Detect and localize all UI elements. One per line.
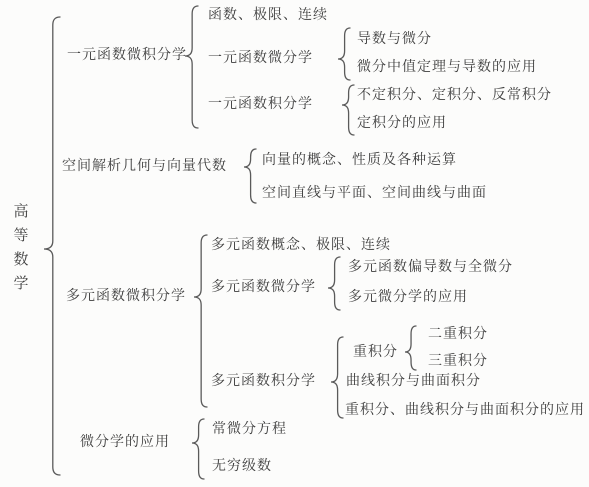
node-integral-applications: 重积分、曲线积分与曲面积分的应用 <box>345 402 585 419</box>
brace-univariate-integral <box>341 84 355 136</box>
node-multivariate-calculus: 多元函数微积分学 <box>66 288 186 305</box>
math-knowledge-tree-diagram: 高等数学 一元函数微积分学 函数、极限、连续 一元函数微分学 导数与微分 微分中… <box>0 0 589 487</box>
node-indefinite-definite-improper-integral: 不定积分、定积分、反常积分 <box>357 87 552 104</box>
node-vector-concepts-operations: 向量的概念、性质及各种运算 <box>262 152 457 169</box>
brace-multivariate-differential <box>327 256 341 311</box>
node-multivariate-integral: 多元函数积分学 <box>211 373 316 390</box>
node-multiple-integral: 重积分 <box>353 344 398 361</box>
node-univariate-calculus: 一元函数微积分学 <box>67 47 187 64</box>
node-partial-derivative-total-differential: 多元函数偏导数与全微分 <box>348 259 513 276</box>
brace-multiple-integral <box>404 325 417 371</box>
node-definite-integral-applications: 定积分的应用 <box>357 115 447 132</box>
node-analytic-geometry-vector-algebra: 空间解析几何与向量代数 <box>62 158 227 175</box>
root-node-advanced-math: 高等数学 <box>12 199 30 295</box>
node-univariate-integral: 一元函数积分学 <box>208 96 313 113</box>
node-derivative-and-differential: 导数与微分 <box>357 31 432 48</box>
node-mean-value-theorem-applications: 微分中值定理与导数的应用 <box>357 59 537 76</box>
node-multivariate-concept-limit-continuity: 多元函数概念、极限、连续 <box>211 237 391 254</box>
node-univariate-differential: 一元函数微分学 <box>208 50 313 67</box>
node-triple-integral: 三重积分 <box>428 353 488 370</box>
brace-univariate-calculus <box>184 5 199 129</box>
node-line-surface-integral: 曲线积分与曲面积分 <box>346 373 481 390</box>
node-differential-applications: 微分学的应用 <box>80 434 170 451</box>
brace-root <box>43 16 61 476</box>
brace-multivariate-integral <box>330 336 344 419</box>
node-multivariate-differential-applications: 多元微分学的应用 <box>348 289 468 306</box>
node-infinite-series: 无穷级数 <box>212 458 272 475</box>
brace-analytic-geometry <box>243 148 257 204</box>
brace-multivariate-calculus <box>193 234 208 408</box>
node-double-integral: 二重积分 <box>428 326 488 343</box>
node-multivariate-differential: 多元函数微分学 <box>211 279 316 296</box>
brace-differential-applications <box>191 418 205 480</box>
brace-univariate-differential <box>337 27 351 81</box>
node-lines-planes-curves-surfaces: 空间直线与平面、空间曲线与曲面 <box>262 185 487 202</box>
node-ordinary-differential-equations: 常微分方程 <box>212 421 287 438</box>
node-function-limit-continuity: 函数、极限、连续 <box>208 7 328 24</box>
